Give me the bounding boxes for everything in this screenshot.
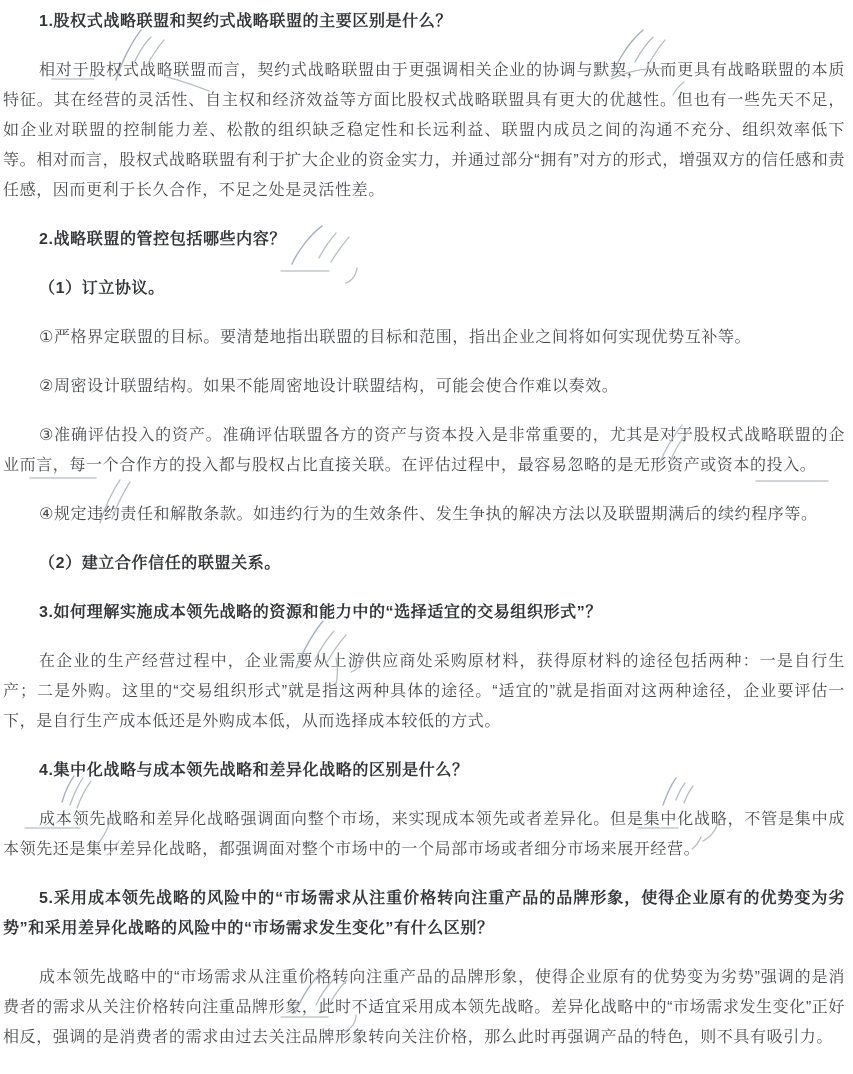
answer-1-paragraph: 相对于股权式战略联盟而言，契约式战略联盟由于更强调相关企业的协调与默契，从而更具… [3, 56, 845, 206]
answer-3-paragraph: 在企业的生产经营过程中，企业需要从上游供应商处采购原材料，获得原材料的途径包括两… [3, 647, 845, 737]
document-page: 1.股权式战略联盟和契约式战略联盟的主要区别是什么？ 相对于股权式战略联盟而言，… [0, 0, 853, 1074]
answer-2-item-1: ①严格界定联盟的目标。要清楚地指出联盟的目标和范围，指出企业之间将如何实现优势互… [3, 323, 845, 353]
answer-2-item-2: ②周密设计联盟结构。如果不能周密地设计联盟结构，可能会使合作难以奏效。 [3, 372, 845, 402]
answer-2-item-4: ④规定违约责任和解散条款。如违约行为的生效条件、发生争执的解决方法以及联盟期满后… [3, 500, 845, 530]
answer-2-item-3: ③准确评估投入的资产。准确评估联盟各方的资产与资本投入是非常重要的，尤其是对于股… [3, 421, 845, 481]
question-1-heading: 1.股权式战略联盟和契约式战略联盟的主要区别是什么？ [3, 7, 845, 37]
question-3-heading: 3.如何理解实施成本领先战略的资源和能力中的“选择适宜的交易组织形式”？ [3, 598, 845, 628]
answer-5-paragraph: 成本领先战略中的“市场需求从注重价格转向注重产品的品牌形象，使得企业原有的优势变… [3, 963, 845, 1053]
question-2-heading: 2.战略联盟的管控包括哪些内容？ [3, 225, 845, 255]
question-5-heading: 5.采用成本领先战略的风险中的“市场需求从注重价格转向注重产品的品牌形象，使得企… [3, 884, 845, 944]
question-4-heading: 4.集中化战略与成本领先战略和差异化战略的区别是什么？ [3, 756, 845, 786]
answer-2-point-2-heading: （2）建立合作信任的联盟关系。 [3, 549, 845, 579]
answer-4-paragraph: 成本领先战略和差异化战略强调面向整个市场，来实现成本领先或者差异化。但是集中化战… [3, 805, 845, 865]
answer-2-point-1-heading: （1）订立协议。 [3, 274, 845, 304]
